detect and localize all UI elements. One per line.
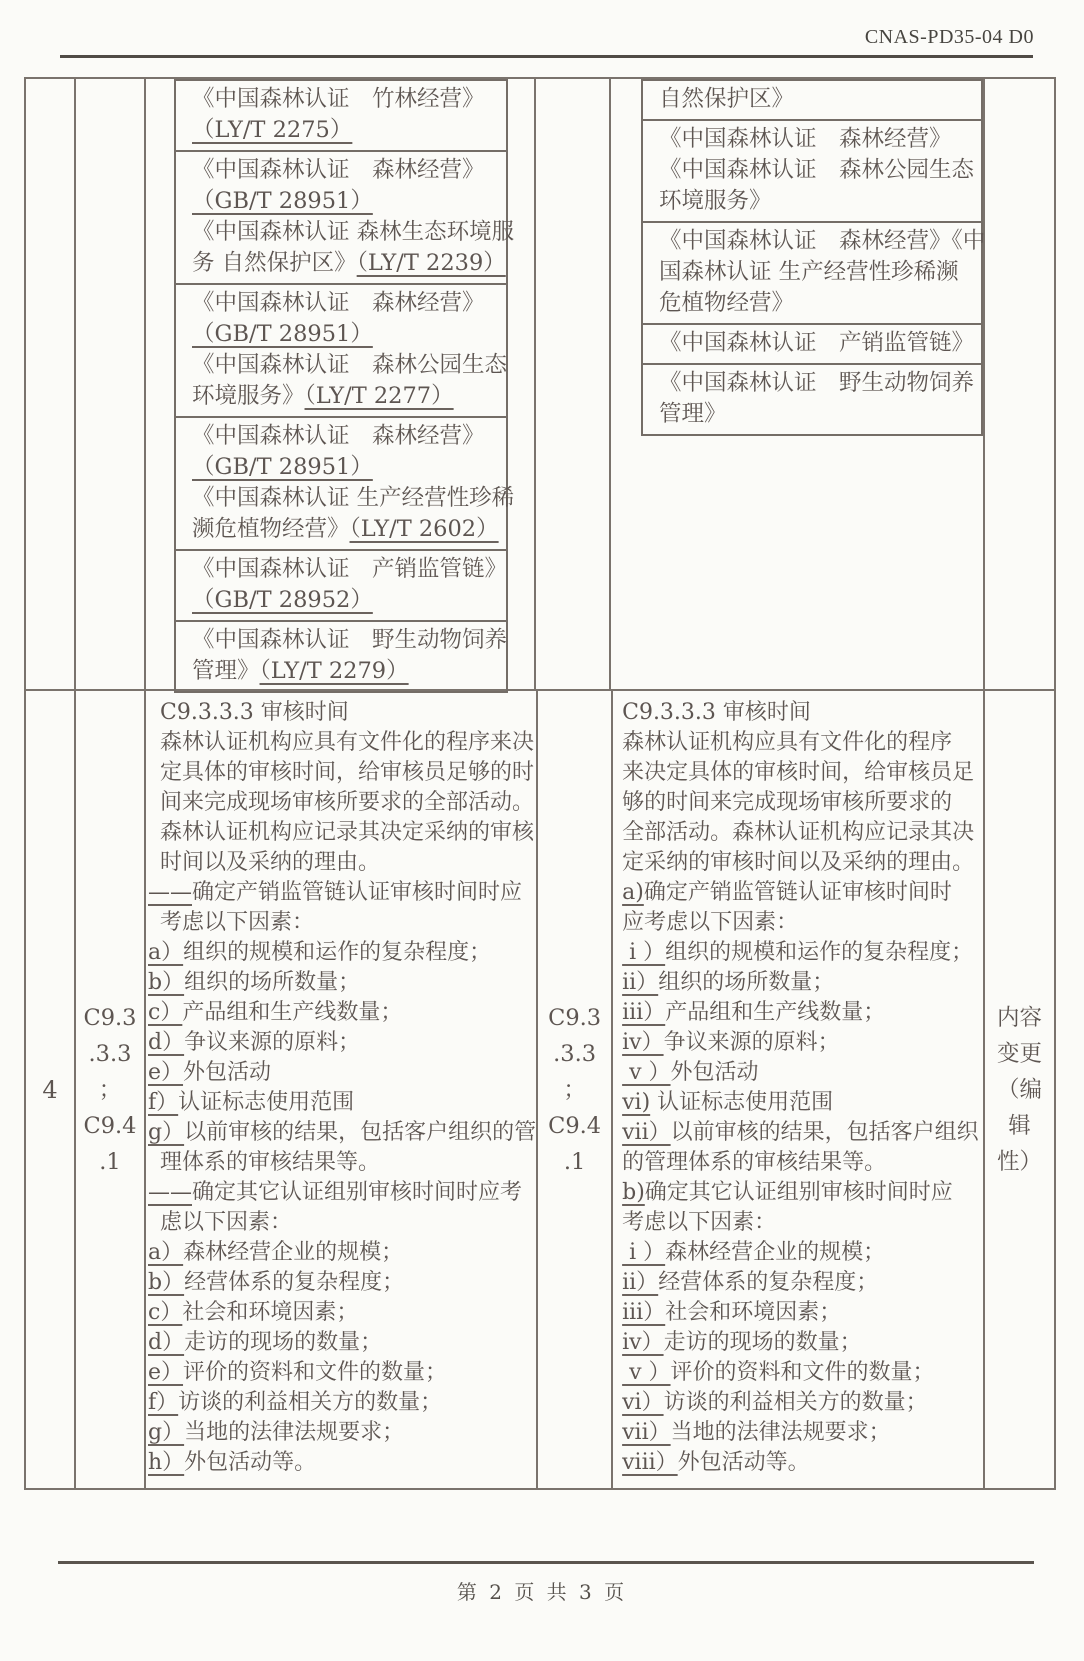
header-rule xyxy=(60,55,1033,58)
clause-ref-left: C9.3.3.3；C9.4.1 xyxy=(76,691,144,1488)
standards-box-row: 《中国森林认证 森林经营》（GB/T 28951）《中国森林认证 森林公园生态环… xyxy=(176,285,506,418)
standards-box-row: 自然保护区》 xyxy=(643,81,981,121)
change-type-label: 内容变更（编辑性） xyxy=(985,691,1054,1488)
new-standards-box: 自然保护区》《中国森林认证 森林经营》《中国森林认证 森林公园生态环境服务》《中… xyxy=(641,79,983,436)
cell-change-type: 内容变更（编辑性） xyxy=(985,691,1054,1488)
table-row-4: 4 C9.3.3.3；C9.4.1 C9.3.3.3 审核时间森林认证机构应具有… xyxy=(26,691,1054,1488)
standards-box-row: 《中国森林认证 森林经营》《中国森林认证 生产经营性珍稀濒危植物经营》 xyxy=(643,223,981,325)
standards-box-row: 《中国森林认证 野生动物饲养管理》（LY/T 2279） xyxy=(176,622,506,691)
standards-box-row: 《中国森林认证 森林经营》《中国森林认证 森林公园生态环境服务》 xyxy=(643,121,981,223)
cell-new-text: C9.3.3.3 审核时间森林认证机构应具有文件化的程序来决定具体的审核时间，给… xyxy=(613,691,985,1488)
footer-rule xyxy=(58,1561,1034,1564)
cell-old-text: C9.3.3.3 审核时间森林认证机构应具有文件化的程序来决定具体的审核时间，给… xyxy=(146,691,538,1488)
standards-box-row: 《中国森林认证 竹林经营》（LY/T 2275） xyxy=(176,81,506,152)
standards-box-row: 《中国森林认证 野生动物饲养管理》 xyxy=(643,365,981,434)
cell-change-type-empty xyxy=(985,79,1054,691)
standards-box-row: 《中国森林认证 森林经营》（GB/T 28951）《中国森林认证 生产经营性珍稀… xyxy=(176,418,506,551)
cell-new-standards: 自然保护区》《中国森林认证 森林经营》《中国森林认证 森林公园生态环境服务》《中… xyxy=(611,79,985,691)
row-number: 4 xyxy=(26,691,74,1488)
document-code: CNAS-PD35-04 D0 xyxy=(865,26,1034,49)
cell-old-standards: 《中国森林认证 竹林经营》（LY/T 2275）《中国森林认证 森林经营》（GB… xyxy=(146,79,536,691)
standards-box-row: 《中国森林认证 森林经营》（GB/T 28951）《中国森林认证 森林生态环境服… xyxy=(176,152,506,285)
old-standards-box: 《中国森林认证 竹林经营》（LY/T 2275）《中国森林认证 森林经营》（GB… xyxy=(174,79,508,693)
standards-box-row: 《中国森林认证 产销监管链》 xyxy=(643,325,981,365)
old-clause-text: C9.3.3.3 审核时间森林认证机构应具有文件化的程序来决定具体的审核时间，给… xyxy=(146,691,536,1478)
page-number: 第 2 页 共 3 页 xyxy=(0,1576,1084,1605)
cell-clause-left: C9.3.3.3；C9.4.1 xyxy=(76,691,146,1488)
cell-clause-empty-left xyxy=(76,79,146,691)
cell-row-number-empty xyxy=(26,79,76,691)
cell-clause-right: C9.3.3.3；C9.4.1 xyxy=(538,691,613,1488)
table-row-standards: 《中国森林认证 竹林经营》（LY/T 2275）《中国森林认证 森林经营》（GB… xyxy=(26,79,1054,691)
standards-box-row: 《中国森林认证 产销监管链》（GB/T 28952） xyxy=(176,551,506,622)
new-clause-text: C9.3.3.3 审核时间森林认证机构应具有文件化的程序来决定具体的审核时间，给… xyxy=(613,691,983,1478)
revision-comparison-table: 《中国森林认证 竹林经营》（LY/T 2275）《中国森林认证 森林经营》（GB… xyxy=(24,77,1056,1490)
scanned-document-page: { "header": { "doc_code": "CNAS-PD35-04 … xyxy=(0,0,1084,1661)
cell-clause-empty-right xyxy=(536,79,611,691)
clause-ref-right: C9.3.3.3；C9.4.1 xyxy=(538,691,611,1488)
cell-row-number: 4 xyxy=(26,691,76,1488)
